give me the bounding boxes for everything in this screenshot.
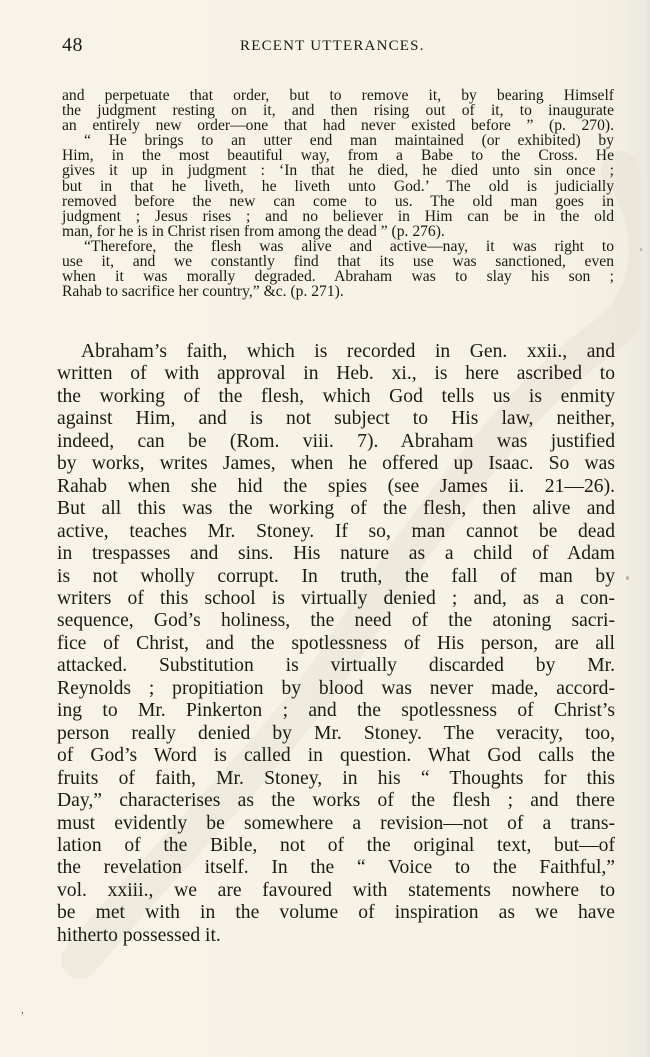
running-title: RECENT UTTERANCES. bbox=[240, 38, 425, 55]
text-line: an entirely new order—one that had never… bbox=[62, 118, 614, 133]
text-line: by works, writes James, when he offered … bbox=[57, 453, 615, 475]
text-line: person really denied by Mr. Stoney. The … bbox=[57, 723, 615, 745]
text-line: “ He brings to an utter end man maintain… bbox=[62, 133, 614, 148]
block-quote: and perpetuate that order, but to remove… bbox=[62, 88, 614, 299]
text-line: writers of this school is virtually deni… bbox=[57, 588, 615, 610]
text-line: vol. xxiii., we are favoured with statem… bbox=[57, 880, 615, 902]
text-line: the working of the flesh, which God tell… bbox=[57, 386, 615, 408]
text-line: gives it up in judgment : ‘In that he di… bbox=[62, 163, 614, 178]
page-edge-shadow bbox=[636, 0, 650, 1057]
text-line: and perpetuate that order, but to remove… bbox=[62, 88, 614, 103]
text-line: written of with approval in Heb. xi., is… bbox=[57, 363, 615, 385]
text-line: “Therefore, the flesh was alive and acti… bbox=[62, 239, 614, 254]
text-line: attacked. Substitution is virtually disc… bbox=[57, 655, 615, 677]
text-line: be met with in the volume of inspiration… bbox=[57, 902, 615, 924]
text-line: but in that he liveth, he liveth unto Go… bbox=[62, 179, 614, 194]
text-line: when it was morally degraded. Abraham wa… bbox=[62, 269, 614, 284]
text-line: lation of the Bible, not of the original… bbox=[57, 835, 615, 857]
book-page: 48 RECENT UTTERANCES. and perpetuate tha… bbox=[0, 0, 650, 1057]
paper-speck bbox=[640, 248, 642, 251]
text-line: sequence, God’s holiness, the need of th… bbox=[57, 610, 615, 632]
body-paragraph: Abraham’s faith, which is recorded in Ge… bbox=[57, 341, 615, 947]
text-line: Him, in the most beautiful way, from a B… bbox=[62, 148, 614, 163]
text-line: removed before the new can come to us. T… bbox=[62, 194, 614, 209]
text-line: active, teaches Mr. Stoney. If so, man c… bbox=[57, 521, 615, 543]
text-line: the judgment resting on it, and then ris… bbox=[62, 103, 614, 118]
text-line: But all this was the working of the fles… bbox=[57, 498, 615, 520]
page-number: 48 bbox=[62, 34, 83, 57]
text-line: Rahab to sacrifice her country,” &c. (p.… bbox=[62, 284, 614, 299]
text-line: hitherto possessed it. bbox=[57, 925, 615, 947]
text-line: use it, and we constantly find that its … bbox=[62, 254, 614, 269]
text-line: Reynolds ; propitiation by blood was nev… bbox=[57, 678, 615, 700]
text-line: must evidently be somewhere a revision—n… bbox=[57, 813, 615, 835]
text-line: Abraham’s faith, which is recorded in Ge… bbox=[57, 341, 615, 363]
text-line: Day,” characterises as the works of the … bbox=[57, 790, 615, 812]
page-header: 48 RECENT UTTERANCES. bbox=[62, 34, 612, 62]
text-line: fruits of faith, Mr. Stoney, in his “ Th… bbox=[57, 768, 615, 790]
text-line: of God’s Word is called in question. Wha… bbox=[57, 745, 615, 767]
text-line: against Him, and is not subject to His l… bbox=[57, 408, 615, 430]
margin-mark: ˌ bbox=[20, 1000, 25, 1016]
text-line: Rahab when she hid the spies (see James … bbox=[57, 476, 615, 498]
text-line: in trespasses and sins. His nature as a … bbox=[57, 543, 615, 565]
text-line: ing to Mr. Pinkerton ; and the spotlessn… bbox=[57, 700, 615, 722]
text-line: fice of Christ, and the spotlessness of … bbox=[57, 633, 615, 655]
text-line: man, for he is in Christ risen from amon… bbox=[62, 224, 614, 239]
paper-speck bbox=[626, 576, 629, 580]
text-line: is not wholly corrupt. In truth, the fal… bbox=[57, 566, 615, 588]
text-line: the revelation itself. In the “ Voice to… bbox=[57, 857, 615, 879]
text-line: judgment ; Jesus rises ; and no believer… bbox=[62, 209, 614, 224]
text-line: indeed, can be (Rom. viii. 7). Abraham w… bbox=[57, 431, 615, 453]
